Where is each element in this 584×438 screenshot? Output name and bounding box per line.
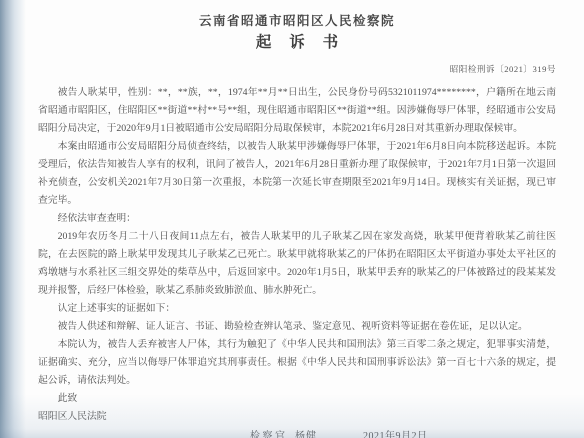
prosecutor-label: 检 察 官 [250, 427, 285, 438]
paragraph-case-procedure: 本案由昭通市公安局昭阳分局侦查终结，以被告人耿某甲涉嫌侮辱尸体罪，于2021年6… [38, 138, 556, 210]
document-photo: 云南省昭通市昭阳区人民检察院 起 诉 书 昭阳检刑诉〔2021〕319号 被告人… [0, 0, 584, 438]
paragraph-evidence-list: 被告人供述和辩解、证人证言、书证、勘验检查辨认笔录、鉴定意见、视听资料等证据在卷… [38, 318, 556, 336]
signature-row: 检 察 官 杨健 2021年9月2日 [38, 427, 556, 438]
prosecutor-name: 杨健 [295, 427, 317, 438]
document-date: 2021年9月2日 [363, 427, 428, 438]
paragraph-defendant-info: 被告人耿某甲，性别：**，**族，**，1974年**月**日出生，公民身份号码… [38, 84, 556, 138]
document-body: 被告人耿某甲，性别：**，**族，**，1974年**月**日出生，公民身份号码… [38, 84, 556, 426]
paragraph-findings-header: 经依法审查查明： [38, 210, 556, 228]
paragraph-facts: 2019年农历冬月二十八日夜间11点左右，被告人耿某甲的儿子耿某乙因在家发高烧，… [38, 228, 556, 300]
addressee-court: 昭阳区人民法院 [38, 408, 556, 426]
paragraph-opinion: 本院认为，被告人丢弃被害人尸体，其行为触犯了《中华人民共和国刑法》第三百零二条之… [38, 336, 556, 390]
paragraph-evidence-header: 认定上述事实的证据如下： [38, 300, 556, 318]
issuer-title: 云南省昭通市昭阳区人民检察院 [38, 13, 556, 29]
closing-salute: 此致 [38, 390, 556, 408]
case-number: 昭阳检刑诉〔2021〕319号 [38, 63, 556, 75]
indictment-page: 云南省昭通市昭阳区人民检察院 起 诉 书 昭阳检刑诉〔2021〕319号 被告人… [0, 0, 584, 438]
document-title: 起 诉 书 [38, 32, 556, 54]
